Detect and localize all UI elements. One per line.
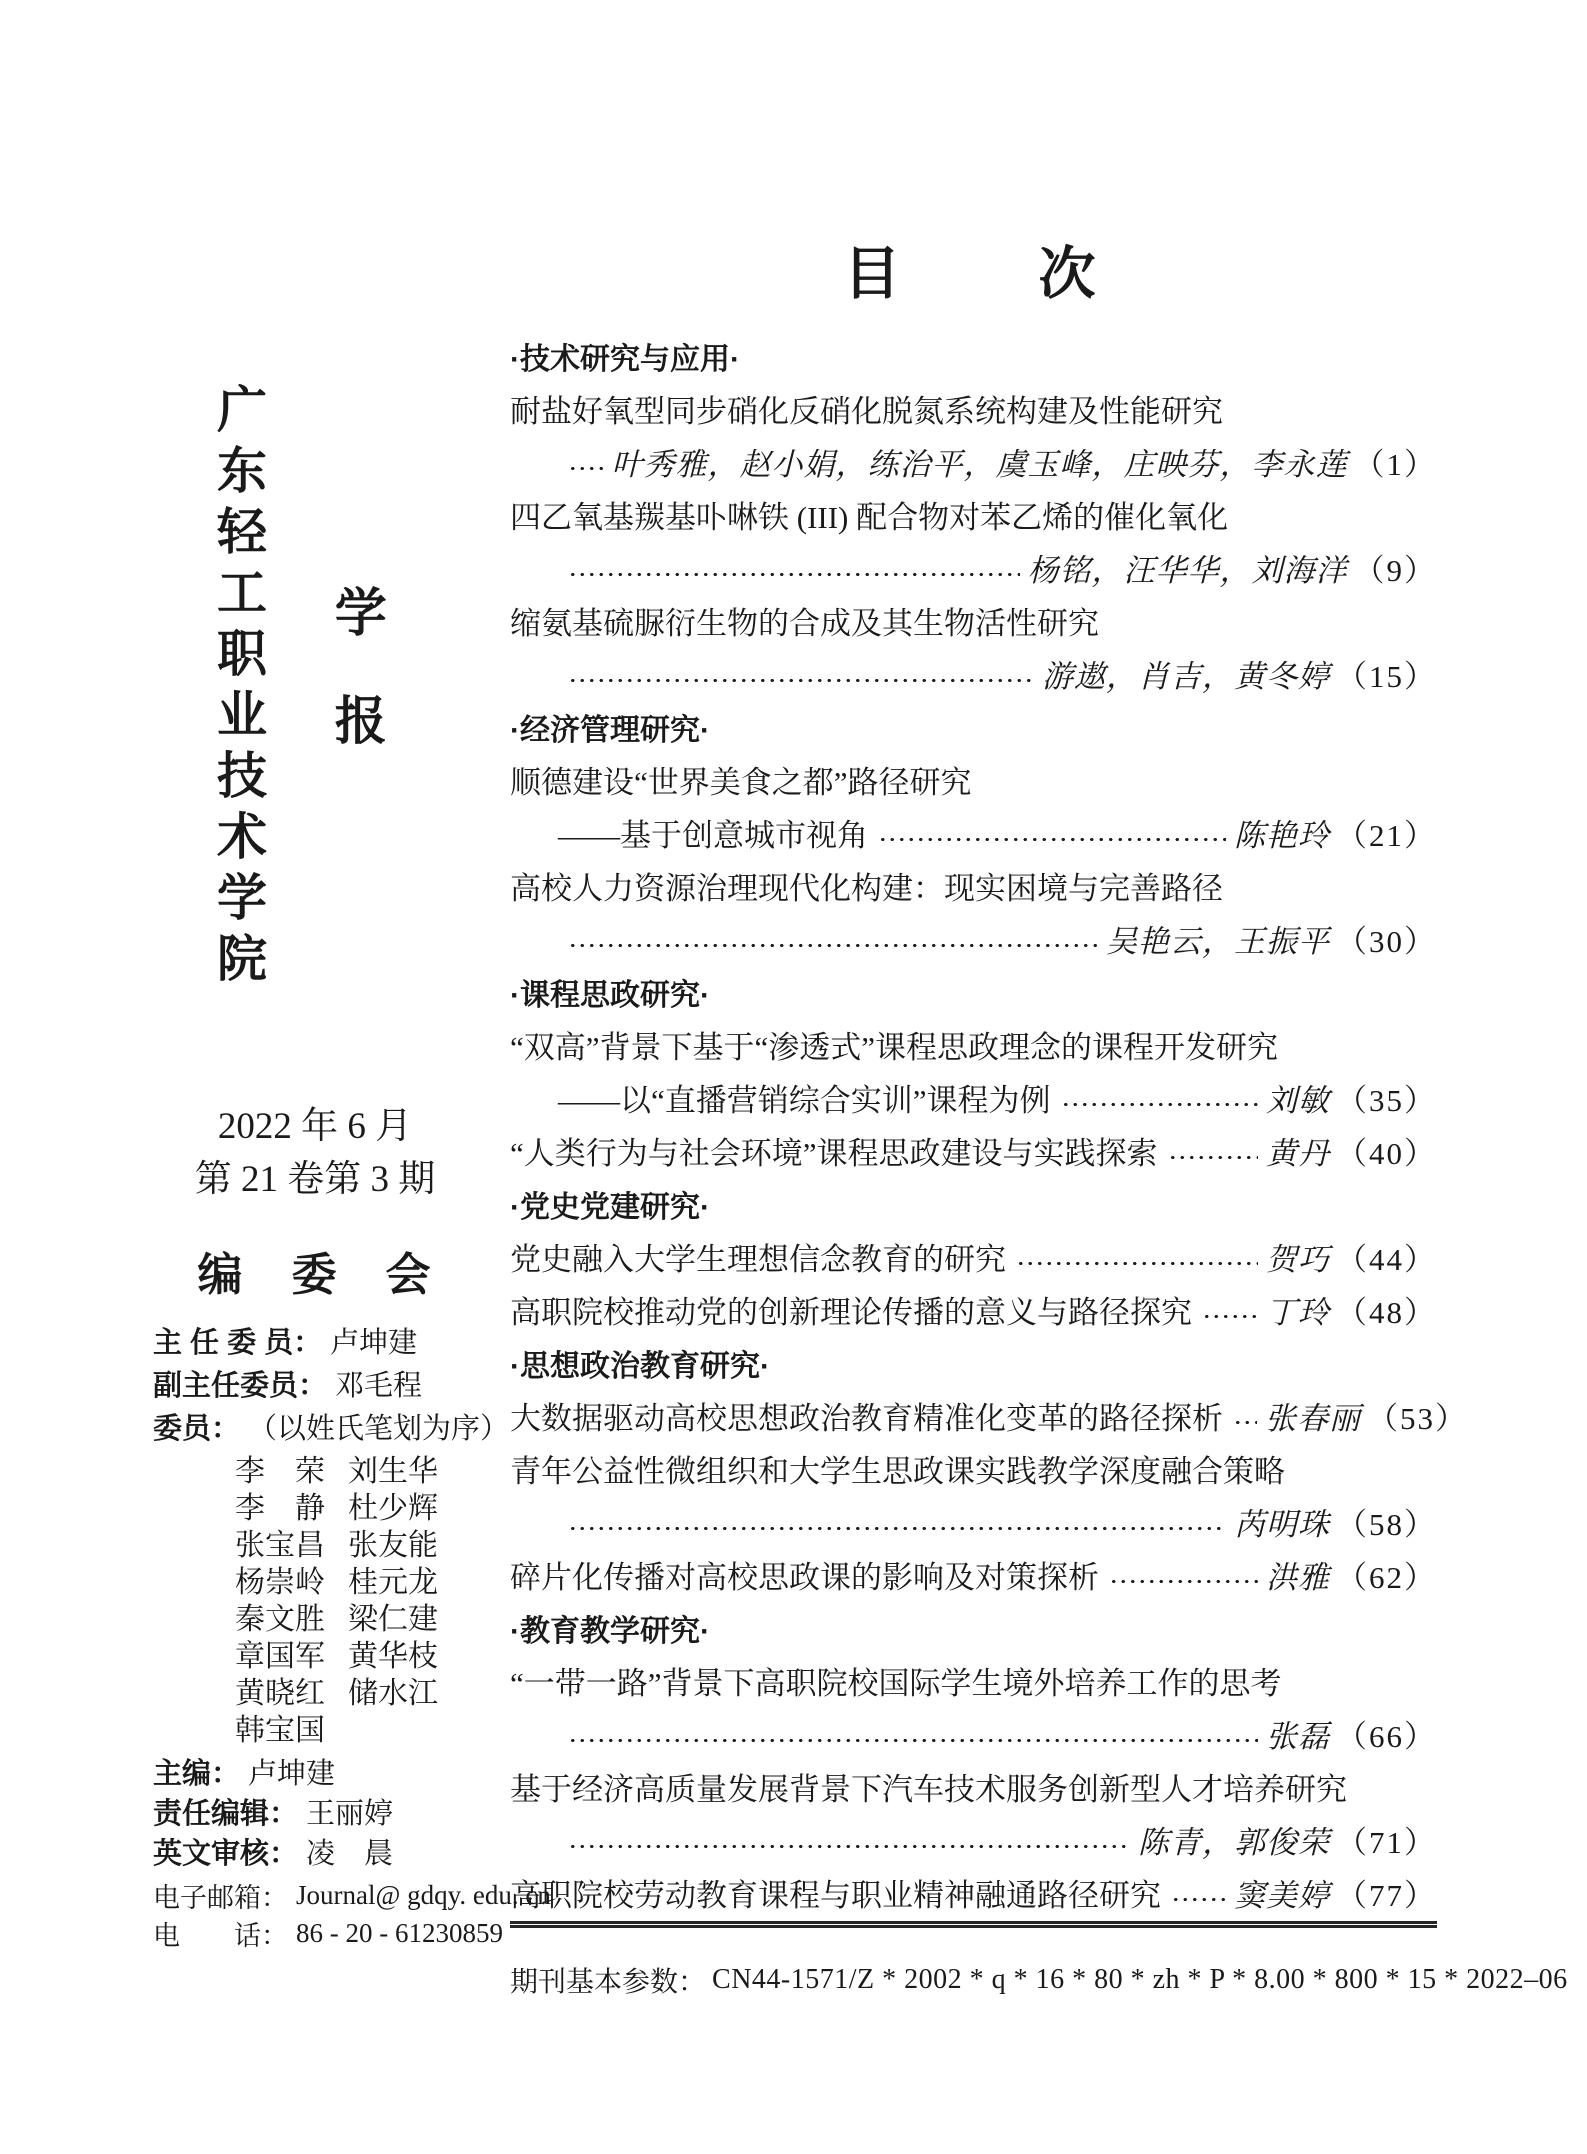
toc-leader-dots [568, 1526, 1226, 1531]
toc-article-row: 高职院校劳动教育课程与职业精神融通路径研究窦美婷（77） [510, 1866, 1437, 1919]
toc-article-page: （40） [1336, 1128, 1437, 1173]
toc-article-page: （77） [1336, 1870, 1437, 1915]
toc-article-authors: 窦美婷 [1234, 1870, 1330, 1915]
committee-member: 储水江 [348, 1668, 438, 1712]
toc-section-header: ·思想政治教育研究· [510, 1336, 1437, 1389]
committee-role-row: 副主任委员：邓毛程 [153, 1362, 513, 1405]
toc-article-subtitle: ——基于创意城市视角 [558, 810, 868, 855]
toc-article-page: （62） [1336, 1552, 1437, 1597]
toc-article-authors: 杨铭，汪华华，刘海洋 [1028, 545, 1348, 590]
toc-article-row: 杨铭，汪华华，刘海洋（9） [510, 541, 1437, 594]
toc-section-label: ·课程思政研究· [510, 970, 710, 1014]
toc-section-label: ·教育教学研究· [510, 1606, 710, 1650]
contact-label: 电子邮箱： [153, 1876, 288, 1915]
committee-role-value: 邓毛程 [335, 1363, 422, 1404]
toc-article-title: 耐盐好氧型同步硝化反硝化脱氮系统构建及性能研究 [510, 386, 1223, 431]
toc-article-title: 碎片化传播对高校思政课的影响及对策探析 [510, 1552, 1099, 1597]
toc-article-page: （53） [1367, 1393, 1468, 1438]
issue-date: 2022 年 6 月 [150, 1100, 480, 1153]
toc-article-row: ——基于创意城市视角陈艳玲（21） [510, 806, 1437, 859]
toc-article-row: 党史融入大学生理想信念教育的研究贺巧（44） [510, 1230, 1437, 1283]
toc-leader-dots [1171, 1897, 1226, 1902]
toc-article-subtitle: ——以“直播营销综合实训”课程为例 [558, 1075, 1051, 1120]
toc-leader-dots [568, 1844, 1130, 1849]
toc-article-row: 耐盐好氧型同步硝化反硝化脱氮系统构建及性能研究 [510, 382, 1437, 435]
toc-section-label: ·技术研究与应用· [510, 334, 740, 378]
toc-article-row: 芮明珠（58） [510, 1495, 1437, 1548]
toc-article-authors: 贺巧 [1266, 1234, 1330, 1279]
toc-article-row: 大数据驱动高校思想政治教育精准化变革的路径探析张春丽（53） [510, 1389, 1437, 1442]
journal-params-value: CN44-1571/Z * 2002 * q * 16 * 80 * zh * … [712, 1964, 1568, 1996]
committee-member-row: 章国军黄华枝 [235, 1634, 495, 1671]
staff-role-row: 主编：卢坤建 [153, 1751, 513, 1791]
toc-article-page: （58） [1336, 1499, 1437, 1544]
toc-section-header: ·经济管理研究· [510, 700, 1437, 753]
toc-article-row: 青年公益性微组织和大学生思政课实践教学深度融合策略 [510, 1442, 1437, 1495]
editorial-committee-title: 编 委 会 [150, 1238, 480, 1303]
toc-leader-dots [878, 837, 1226, 842]
committee-member-row: 秦文胜梁仁建 [235, 1597, 495, 1634]
toc-article-title: 高校人力资源治理现代化构建：现实困境与完善路径 [510, 863, 1223, 908]
toc-article-row: “双高”背景下基于“渗透式”课程思政理念的课程开发研究 [510, 1018, 1437, 1071]
staff-role-row: 责任编辑：王丽婷 [153, 1791, 513, 1831]
toc-article-authors: 张春丽 [1265, 1393, 1361, 1438]
toc-leader-dots [1233, 1420, 1257, 1425]
toc-article-page: （44） [1336, 1234, 1437, 1279]
journal-name-vertical: 广东轻工职业技术学院 [208, 383, 268, 993]
toc-leader-dots [568, 678, 1034, 683]
committee-role-label: 副主任委员： [153, 1363, 327, 1404]
committee-member-row: 韩宝国 [235, 1708, 495, 1745]
toc-section-label: ·党史党建研究· [510, 1182, 710, 1226]
toc-article-title: 缩氨基硫脲衍生物的合成及其生物活性研究 [510, 598, 1099, 643]
toc-article-page: （1） [1354, 439, 1438, 484]
toc-article-authors: 刘敏 [1266, 1075, 1330, 1120]
staff-role-value: 卢坤建 [248, 1751, 335, 1792]
toc-article-row: 陈青，郭俊荣（71） [510, 1813, 1437, 1866]
committee-member-row: 杨崇岭桂元龙 [235, 1560, 495, 1597]
toc-section-label: ·思想政治教育研究· [510, 1341, 770, 1385]
toc-article-row: 叶秀雅，赵小娟，练治平，虞玉峰，庄映芬，李永莲（1） [510, 435, 1437, 488]
committee-role-value: （以姓氏笔划为序） [248, 1406, 509, 1447]
toc-article-row: 四乙氧基羰基卟啉铁 (III) 配合物对苯乙烯的催化氧化 [510, 488, 1437, 541]
contact-row: 电子邮箱：Journal@ gdqy. edu. cn [153, 1876, 533, 1914]
committee-member-row: 黄晓红储水江 [235, 1671, 495, 1708]
toc-article-authors: 吴艳云，王振平 [1106, 916, 1330, 961]
issue-info: 2022 年 6 月 第 21 卷第 3 期 [150, 1100, 480, 1206]
toc-article-page: （15） [1336, 651, 1437, 696]
toc-article-title: 高职院校劳动教育课程与职业精神融通路径研究 [510, 1870, 1161, 1915]
toc-article-row: “人类行为与社会环境”课程思政建设与实践探索黄丹（40） [510, 1124, 1437, 1177]
toc-article-row: ——以“直播营销综合实训”课程为例刘敏（35） [510, 1071, 1437, 1124]
toc-article-authors: 陈艳玲 [1234, 810, 1330, 855]
toc-section-header: ·技术研究与应用· [510, 329, 1437, 382]
journal-toc-page: 广东轻工职业技术学院 学报 2022 年 6 月 第 21 卷第 3 期 编 委… [0, 0, 1587, 2154]
staff-role-value: 王丽婷 [306, 1791, 393, 1832]
toc-article-row: 基于经济高质量发展背景下汽车技术服务创新型人才培养研究 [510, 1760, 1437, 1813]
toc-article-authors: 陈青，郭俊荣 [1138, 1817, 1330, 1862]
staff-roles: 主编：卢坤建责任编辑：王丽婷英文审核：凌 晨 [153, 1751, 513, 1871]
staff-role-label: 英文审核： [153, 1831, 298, 1872]
toc-article-authors: 丁玲 [1266, 1287, 1330, 1332]
toc-article-authors: 叶秀雅，赵小娟，练治平，虞玉峰，庄映芬，李永莲 [612, 439, 1348, 484]
toc-article-row: 张磊（66） [510, 1707, 1437, 1760]
toc-article-page: （21） [1336, 810, 1437, 855]
toc-article-row: 缩氨基硫脲衍生物的合成及其生物活性研究 [510, 594, 1437, 647]
toc-leader-dots [1168, 1155, 1258, 1160]
toc-title: 目 次 [510, 228, 1437, 310]
toc-article-page: （48） [1336, 1287, 1437, 1332]
toc-article-title: 青年公益性微组织和大学生思政课实践教学深度融合策略 [510, 1446, 1285, 1491]
toc-leader-dots [1202, 1314, 1258, 1319]
toc-article-page: （66） [1336, 1711, 1437, 1756]
committee-role-value: 卢坤建 [330, 1320, 417, 1361]
committee-member-row: 李 静杜少辉 [235, 1486, 495, 1523]
staff-role-label: 责任编辑： [153, 1791, 298, 1832]
toc-leader-dots [568, 466, 604, 471]
toc-article-title: 党史融入大学生理想信念教育的研究 [510, 1234, 1006, 1279]
toc-article-title: “人类行为与社会环境”课程思政建设与实践探索 [510, 1128, 1158, 1173]
committee-role-row: 主 任 委 员：卢坤建 [153, 1319, 513, 1362]
toc-article-row: 高校人力资源治理现代化构建：现实困境与完善路径 [510, 859, 1437, 912]
contact-label: 电 话： [153, 1914, 288, 1953]
toc-article-page: （30） [1336, 916, 1437, 961]
toc-article-title: 顺德建设“世界美食之都”路径研究 [510, 757, 972, 802]
toc-article-title: “一带一路”背景下高职院校国际学生境外培养工作的思考 [510, 1658, 1282, 1703]
toc-rows: ·技术研究与应用·耐盐好氧型同步硝化反硝化脱氮系统构建及性能研究叶秀雅，赵小娟，… [510, 329, 1437, 1919]
committee-roles: 主 任 委 员：卢坤建副主任委员：邓毛程委员：（以姓氏笔划为序） [153, 1319, 513, 1448]
toc-article-page: （35） [1336, 1075, 1437, 1120]
toc-section-header: ·教育教学研究· [510, 1601, 1437, 1654]
toc-leader-dots [568, 1738, 1258, 1743]
toc-article-row: “一带一路”背景下高职院校国际学生境外培养工作的思考 [510, 1654, 1437, 1707]
committee-members: 李 荣刘生华李 静杜少辉张宝昌张友能杨崇岭桂元龙秦文胜梁仁建章国军黄华枝黄晓红储… [235, 1449, 495, 1745]
toc-article-page: （71） [1336, 1817, 1437, 1862]
toc-leader-dots [1016, 1261, 1258, 1266]
journal-params-label: 期刊基本参数： [510, 1960, 706, 2000]
toc-leader-dots [1061, 1102, 1258, 1107]
toc-section-header: ·党史党建研究· [510, 1177, 1437, 1230]
toc-article-title: 高职院校推动党的创新理论传播的意义与路径探究 [510, 1287, 1192, 1332]
toc-leader-dots [1109, 1579, 1258, 1584]
toc-article-authors: 洪雅 [1266, 1552, 1330, 1597]
toc-article-title: 大数据驱动高校思想政治教育精准化变革的路径探析 [510, 1393, 1223, 1438]
toc-article-authors: 张磊 [1266, 1711, 1330, 1756]
toc-article-row: 吴艳云，王振平（30） [510, 912, 1437, 965]
committee-member-row: 李 荣刘生华 [235, 1449, 495, 1486]
toc-section-header: ·课程思政研究· [510, 965, 1437, 1018]
toc-leader-dots [568, 943, 1098, 948]
toc-article-authors: 黄丹 [1266, 1128, 1330, 1173]
toc-article-authors: 芮明珠 [1234, 1499, 1330, 1544]
staff-role-value: 凌 晨 [306, 1831, 393, 1872]
contact-row: 电 话：86 - 20 - 61230859 [153, 1914, 533, 1952]
committee-member-row: 张宝昌张友能 [235, 1523, 495, 1560]
toc-article-row: 游遨，肖吉，黄冬婷（15） [510, 647, 1437, 700]
toc-article-title: “双高”背景下基于“渗透式”课程思政理念的课程开发研究 [510, 1022, 1278, 1067]
toc-section-label: ·经济管理研究· [510, 705, 710, 749]
toc-article-title: 基于经济高质量发展背景下汽车技术服务创新型人才培养研究 [510, 1764, 1347, 1809]
contact-info: 电子邮箱：Journal@ gdqy. edu. cn电 话：86 - 20 -… [153, 1876, 533, 1952]
journal-subtitle-vertical: 学报 [326, 585, 383, 801]
double-rule [510, 1921, 1437, 1928]
staff-role-row: 英文审核：凌 晨 [153, 1831, 513, 1871]
staff-role-label: 主编： [153, 1751, 240, 1792]
committee-role-label: 主 任 委 员： [153, 1320, 322, 1361]
committee-member: 韩宝国 [235, 1705, 330, 1749]
toc-article-row: 高职院校推动党的创新理论传播的意义与路径探究丁玲（48） [510, 1283, 1437, 1336]
committee-role-label: 委员： [153, 1406, 240, 1447]
toc-article-row: 顺德建设“世界美食之都”路径研究 [510, 753, 1437, 806]
toc-article-page: （9） [1354, 545, 1438, 590]
contact-value: 86 - 20 - 61230859 [296, 1918, 503, 1949]
toc-article-title: 四乙氧基羰基卟啉铁 (III) 配合物对苯乙烯的催化氧化 [510, 492, 1228, 537]
volume-issue: 第 21 卷第 3 期 [150, 1153, 480, 1206]
toc-article-authors: 游遨，肖吉，黄冬婷 [1042, 651, 1330, 696]
toc-article-row: 碎片化传播对高校思政课的影响及对策探析洪雅（62） [510, 1548, 1437, 1601]
journal-params-line: 期刊基本参数： CN44-1571/Z * 2002 * q * 16 * 80… [510, 1957, 1437, 2003]
toc-leader-dots [568, 572, 1020, 577]
committee-role-row: 委员：（以姓氏笔划为序） [153, 1405, 513, 1448]
